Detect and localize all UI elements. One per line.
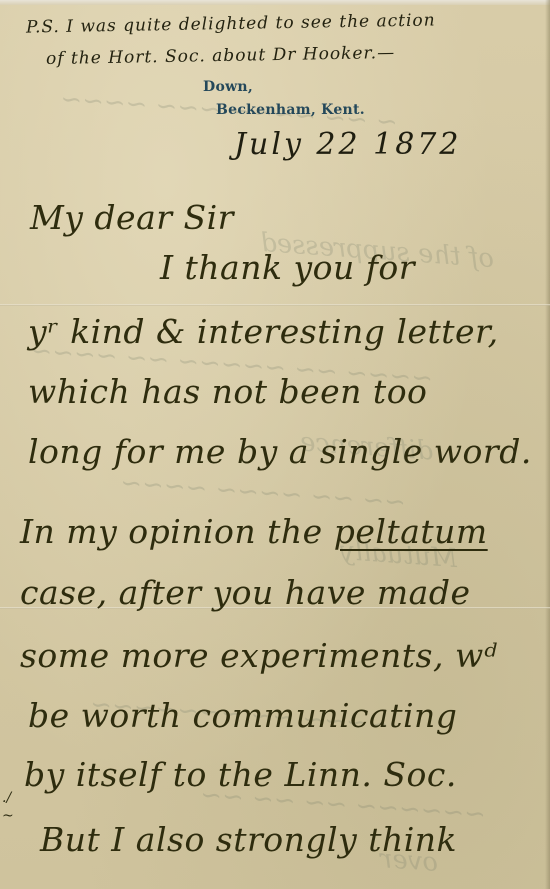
- body-line-2: yʳ kind & interesting letter,: [28, 312, 499, 351]
- body-line-8: be worth communicating: [28, 696, 457, 735]
- margin-mark: ./: [2, 790, 11, 806]
- body-line-6: case, after you have made: [20, 573, 471, 612]
- fold-line: [0, 304, 550, 306]
- letter-page: ~ ~~ ~~~~ ~~~ ~~~~ of the suppressed ~~~…: [0, 0, 550, 889]
- postscript-line-1: P.S. I was quite delighted to see the ac…: [26, 10, 436, 37]
- letterhead-line-2: Beckenham, Kent.: [216, 102, 365, 118]
- paper-right-edge: [545, 0, 550, 889]
- letter-date: July 22 1872: [234, 127, 461, 162]
- postscript-line-2: of the Hort. Soc. about Dr Hooker.—: [46, 43, 395, 69]
- salutation: My dear Sir: [30, 198, 234, 237]
- paper-top-edge: [0, 0, 550, 5]
- body-line-5-text: In my opinion the: [20, 512, 323, 551]
- body-line-9: by itself to the Linn. Soc.: [24, 755, 457, 794]
- margin-mark: ~: [2, 808, 14, 824]
- body-line-3: which has not been too: [28, 372, 427, 411]
- body-line-5: In my opinion the peltatum: [20, 512, 488, 551]
- underlined-species-word: peltatum: [334, 512, 488, 551]
- letterhead-line-1: Down,: [203, 79, 253, 95]
- body-line-1: I thank you for: [160, 248, 415, 287]
- body-line-7: some more experiments, wᵈ: [20, 636, 497, 675]
- body-line-4: long for me by a single word.: [28, 432, 532, 471]
- showthrough-text: ~~ ~~ ~~~~ ~~~~: [119, 468, 407, 518]
- body-line-10: But I also strongly think: [40, 820, 457, 859]
